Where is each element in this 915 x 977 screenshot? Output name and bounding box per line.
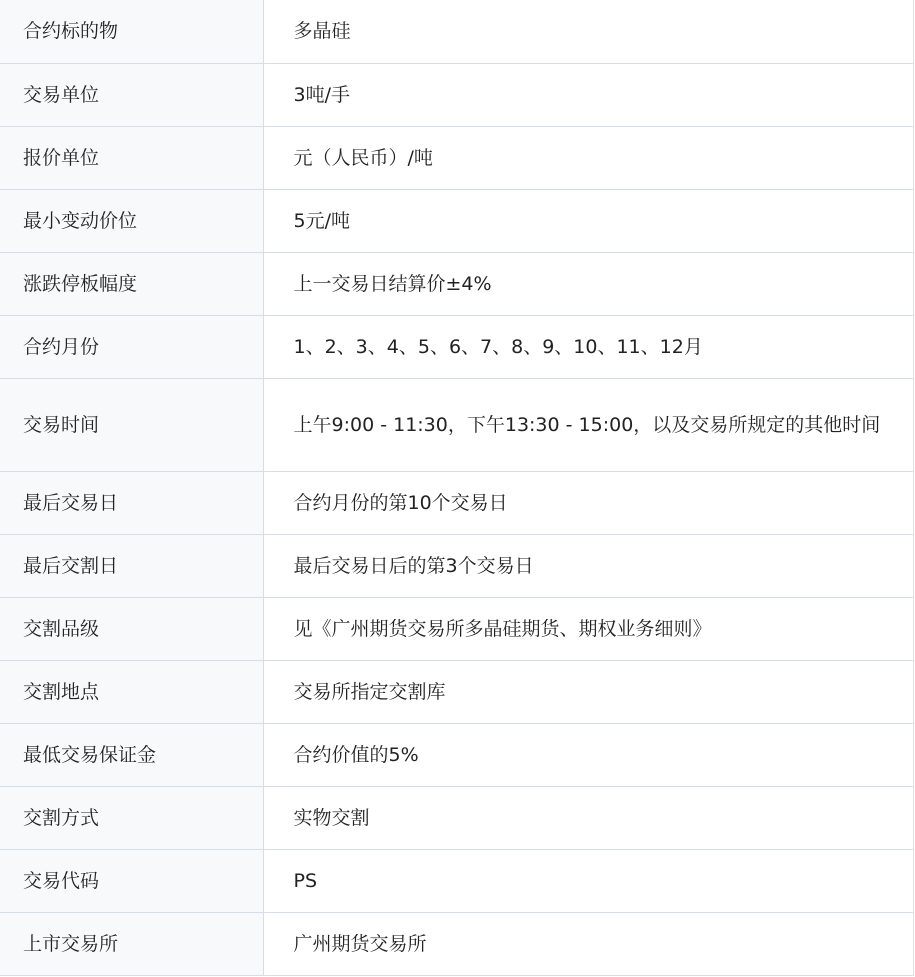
row-label: 合约月份 xyxy=(0,315,263,378)
row-label: 涨跌停板幅度 xyxy=(0,252,263,315)
row-label: 交易时间 xyxy=(0,378,263,471)
table-row: 交割方式实物交割 xyxy=(0,786,914,849)
row-label: 最小变动价位 xyxy=(0,189,263,252)
row-label: 交割地点 xyxy=(0,660,263,723)
table-row: 交易时间上午9:00 - 11:30，下午13:30 - 15:00，以及交易所… xyxy=(0,378,914,471)
row-value: 多晶硅 xyxy=(263,0,914,63)
table-row: 最后交易日合约月份的第10个交易日 xyxy=(0,471,914,534)
row-value: 合约价值的5% xyxy=(263,723,914,786)
table-row: 合约标的物多晶硅 xyxy=(0,0,914,63)
row-label: 交易单位 xyxy=(0,63,263,126)
row-value: 5元/吨 xyxy=(263,189,914,252)
row-value: 元（人民币）/吨 xyxy=(263,126,914,189)
row-value: 上午9:00 - 11:30，下午13:30 - 15:00，以及交易所规定的其… xyxy=(263,378,914,471)
row-value: 1、2、3、4、5、6、7、8、9、10、11、12月 xyxy=(263,315,914,378)
row-value: 最后交易日后的第3个交易日 xyxy=(263,534,914,597)
row-label: 上市交易所 xyxy=(0,912,263,975)
row-label: 最后交易日 xyxy=(0,471,263,534)
row-value: 合约月份的第10个交易日 xyxy=(263,471,914,534)
table-row: 合约月份1、2、3、4、5、6、7、8、9、10、11、12月 xyxy=(0,315,914,378)
table-row: 最小变动价位5元/吨 xyxy=(0,189,914,252)
row-label: 交易代码 xyxy=(0,849,263,912)
row-value: 实物交割 xyxy=(263,786,914,849)
row-value: 上一交易日结算价±4% xyxy=(263,252,914,315)
row-value: 3吨/手 xyxy=(263,63,914,126)
row-label: 合约标的物 xyxy=(0,0,263,63)
table-row: 交易代码PS xyxy=(0,849,914,912)
table-row: 交易单位3吨/手 xyxy=(0,63,914,126)
row-value: PS xyxy=(263,849,914,912)
row-label: 交割品级 xyxy=(0,597,263,660)
table-row: 上市交易所广州期货交易所 xyxy=(0,912,914,975)
row-value: 见《广州期货交易所多晶硅期货、期权业务细则》 xyxy=(263,597,914,660)
table-row: 报价单位元（人民币）/吨 xyxy=(0,126,914,189)
table-row: 最后交割日最后交易日后的第3个交易日 xyxy=(0,534,914,597)
row-label: 最低交易保证金 xyxy=(0,723,263,786)
row-value: 广州期货交易所 xyxy=(263,912,914,975)
row-label: 报价单位 xyxy=(0,126,263,189)
row-label: 交割方式 xyxy=(0,786,263,849)
table-row: 最低交易保证金合约价值的5% xyxy=(0,723,914,786)
contract-spec-table: 合约标的物多晶硅 交易单位3吨/手 报价单位元（人民币）/吨 最小变动价位5元/… xyxy=(0,0,914,976)
table-row: 交割品级见《广州期货交易所多晶硅期货、期权业务细则》 xyxy=(0,597,914,660)
row-label: 最后交割日 xyxy=(0,534,263,597)
table-row: 交割地点交易所指定交割库 xyxy=(0,660,914,723)
row-value: 交易所指定交割库 xyxy=(263,660,914,723)
table-row: 涨跌停板幅度上一交易日结算价±4% xyxy=(0,252,914,315)
